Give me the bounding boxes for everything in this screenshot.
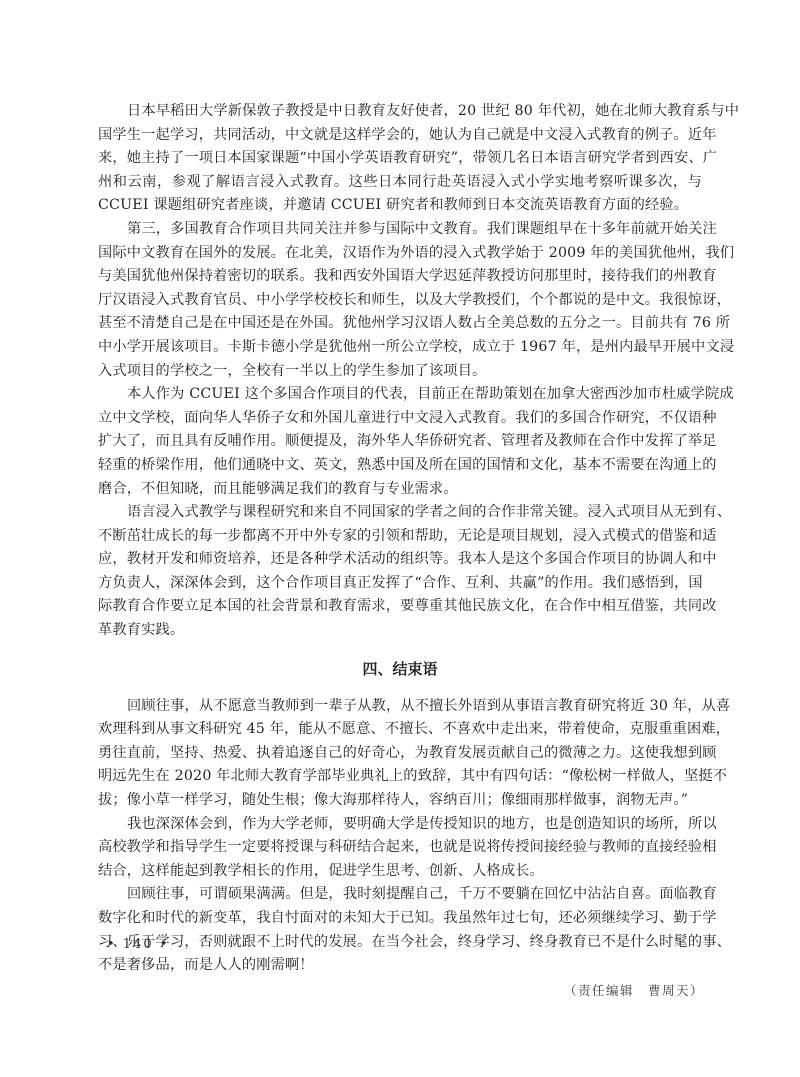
text-line: 轻重的桥梁作用，他们通晓中文、英文，熟悉中国及所在国的国情和文化，基本不需要在沟… (98, 454, 702, 478)
text-line: 扩大了，而且具有反哺作用。顺便提及，海外华人华侨研究者、管理者及教师在合作中发挥… (98, 430, 702, 454)
text-line: 州和云南，参观了解语言浸入式教育。这些日本同行赴英语浸入式小学实地考察听课多次，… (98, 171, 702, 195)
paragraph-international-chinese: 第三，多国教育合作项目共同关注并参与国际中文教育。我们课题组早在十多年前就开始关… (98, 218, 702, 383)
text-line: 欢理科到从事文科研究 45 年，能从不愿意、不擅长、不喜欢中走出来，带着使命，克… (98, 718, 702, 742)
text-line: 革教育实践。 (98, 619, 702, 643)
text-line: 方负责人，深深体会到，这个合作项目真正发挥了“合作、互利、共赢”的作用。我们感悟… (98, 572, 702, 596)
page-number: • 140 • (107, 937, 169, 952)
text-line: 国学生一起学习，共同活动，中文就是这样学会的，她认为自己就是中文浸入式教育的例子… (98, 124, 702, 148)
text-line: 回顾往事，可谓硕果满满。但是，我时刻提醒自己，千万不要躺在回忆中沾沾自喜。面临教… (98, 883, 702, 907)
text-line: 甚至不清楚自己是在中国还是在外国。犹他州学习汉语人数占全美总数的五分之一。目前共… (98, 312, 702, 336)
text-line: 拔；像小草一样学习，随处生根；像大海那样待人，容纳百川；像细雨那样做事，润物无声… (98, 789, 702, 813)
text-line: 际教育合作要立足本国的社会背景和教育需求，要尊重其他民族文化，在合作中相互借鉴，… (98, 595, 702, 619)
text-line: 第三，多国教育合作项目共同关注并参与国际中文教育。我们课题组早在十多年前就开始关… (98, 218, 702, 242)
text-line: 我也深深体会到，作为大学老师，要明确大学是传授知识的地方，也是创造知识的场所，所… (98, 813, 702, 837)
text-line: 中小学开展该项目。卡斯卡德小学是犹他州一所公立学校，成立于 1967 年，是州内… (98, 336, 702, 360)
paragraph-lifelong-learning: 回顾往事，可谓硕果满满。但是，我时刻提醒自己，千万不要躺在回忆中沾沾自喜。面临教… (98, 883, 702, 977)
text-line: 明远先生在 2020 年北师大教育学部毕业典礼上的致辞，其中有四句话：“像松树一… (98, 765, 702, 789)
section-heading: 四、结束语 (98, 643, 702, 695)
editor-note: （责任编辑 曹周天） (98, 978, 704, 1004)
text-line: 习、乐于学习，否则就跟不上时代的发展。在当今社会，终身学习、终身教育已不是什么时… (98, 931, 702, 955)
paragraph-university-teacher: 我也深深体会到，作为大学老师，要明确大学是传授知识的地方，也是创造知识的场所，所… (98, 813, 702, 884)
text-line: 高校教学和指导学生一定要将授课与科研结合起来，也就是说将传授间接经验与教师的直接… (98, 836, 702, 860)
text-line: 磨合，不但知晓，而且能够满足我们的教育与专业需求。 (98, 478, 702, 502)
text-line: 日本早稻田大学新保敦子教授是中日教育友好使者，20 世纪 80 年代初，她在北师… (98, 100, 702, 124)
text-line: 本人作为 CCUEI 这个多国合作项目的代表，目前正在帮助策划在加拿大密西沙加市… (98, 383, 702, 407)
text-line: 数字化和时代的新变革，我自忖面对的未知大于已知。我虽然年过七旬，还必须继续学习、… (98, 907, 702, 931)
text-line: 厅汉语浸入式教育官员、中小学学校校长和师生，以及大学教授们，个个都说的是中文。我… (98, 289, 702, 313)
paragraph-cooperation: 语言浸入式教学与课程研究和来自不同国家的学者之间的合作非常关键。浸入式项目从无到… (98, 501, 702, 643)
text-line: 来，她主持了一项日本国家课题“中国小学英语教育研究”，带领几名日本语言研究学者到… (98, 147, 702, 171)
text-line: 国际中文教育在国外的发展。在北美，汉语作为外语的浸入式教学始于 2009 年的美… (98, 242, 702, 266)
text-line: 应，教材开发和师资培养，还是各种学术活动的组织等。我本人是这个多国合作项目的协调… (98, 548, 702, 572)
text-line: 入式项目的学校之一，全校有一半以上的学生参加了该项目。 (98, 360, 702, 384)
paragraph-ccuei-representative: 本人作为 CCUEI 这个多国合作项目的代表，目前正在帮助策划在加拿大密西沙加市… (98, 383, 702, 501)
text-line: 语言浸入式教学与课程研究和来自不同国家的学者之间的合作非常关键。浸入式项目从无到… (98, 501, 702, 525)
text-line: CCUEI 课题组研究者座谈，并邀请 CCUEI 研究者和教师到日本交流英语教育… (98, 194, 702, 218)
text-line: 不断茁壮成长的每一步都离不开中外专家的引领和帮助，无论是项目规划，浸入式模式的借… (98, 525, 702, 549)
paragraph-retrospect: 回顾往事，从不愿意当教师到一辈子从教，从不擅长外语到从事语言教育研究将近 30 … (98, 695, 702, 813)
text-line: 不是奢侈品，而是人人的刚需啊！ (98, 954, 702, 978)
text-line: 结合，这样能起到教学相长的作用，促进学生思考、创新、人格成长。 (98, 860, 702, 884)
text-line: 勇往直前，坚持、热爱、执着追逐自己的好奇心，为教育发展贡献自己的微薄之力。这使我… (98, 742, 702, 766)
paragraph-japan-collaboration: 日本早稻田大学新保敦子教授是中日教育友好使者，20 世纪 80 年代初，她在北师… (98, 100, 702, 218)
text-line: 与美国犹他州保持着密切的联系。我和西安外国语大学迟延萍教授访问那里时，接待我们的… (98, 265, 702, 289)
article-body: 日本早稻田大学新保敦子教授是中日教育友好使者，20 世纪 80 年代初，她在北师… (98, 100, 702, 1004)
text-line: 立中文学校，面向华人华侨子女和外国儿童进行中文浸入式教育。我们的多国合作研究，不… (98, 407, 702, 431)
text-line: 回顾往事，从不愿意当教师到一辈子从教，从不擅长外语到从事语言教育研究将近 30 … (98, 695, 702, 719)
